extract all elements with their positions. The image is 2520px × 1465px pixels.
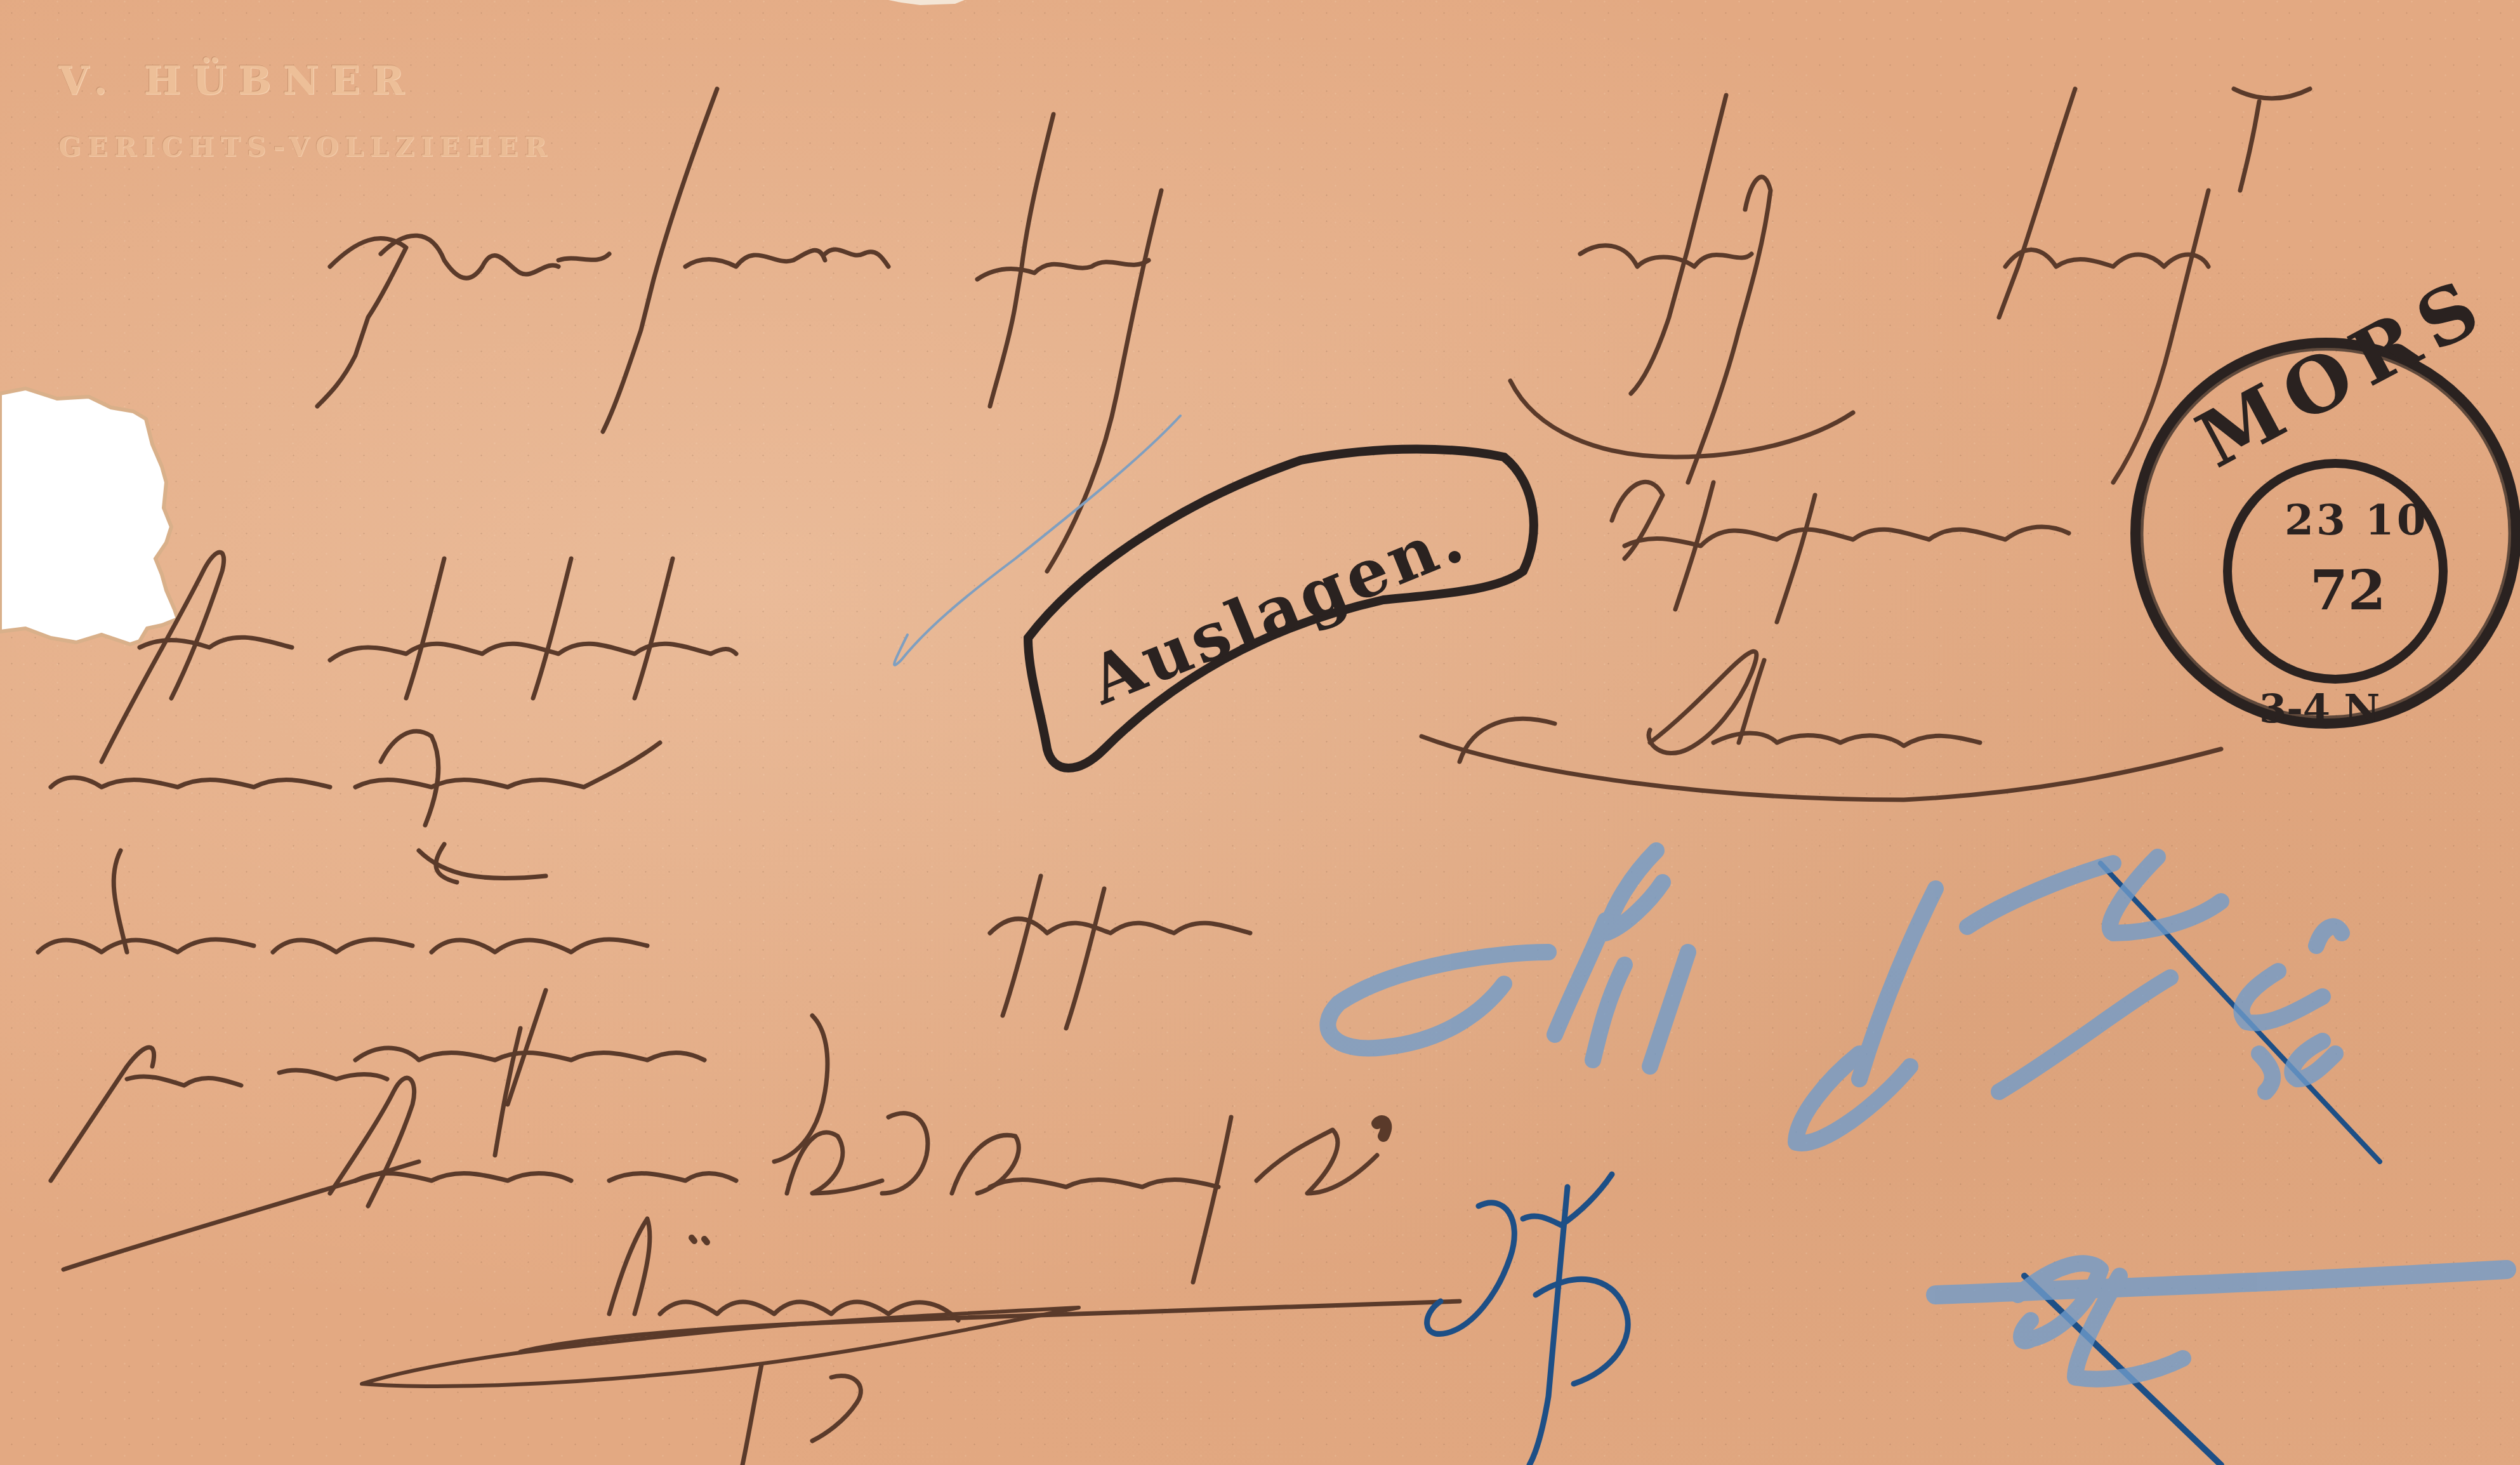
postal-cover: V. HÜBNER GERICHTS-VOLLZIEHER <box>0 0 2520 1465</box>
postmark-date: 23 10 <box>2285 495 2429 545</box>
postmark-time: 3-4 N <box>2259 686 2380 732</box>
postmark-year: 72 <box>2310 559 2386 623</box>
